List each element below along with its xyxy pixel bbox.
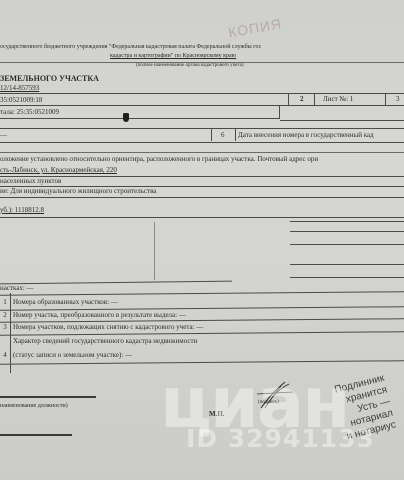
- ink-mark: [123, 113, 129, 122]
- table-row-text: (статус записи о земельном участке): —: [13, 351, 132, 359]
- cadastral-number: 35:0521009:18: [0, 96, 42, 104]
- divider: [0, 105, 404, 106]
- land-category: населенных пунктов: [0, 177, 61, 185]
- cian-watermark-id: ID 32941133: [186, 424, 375, 453]
- row6-num: 6: [221, 131, 225, 139]
- divider: [279, 105, 280, 119]
- copy-stamp: КОПИЯ: [227, 15, 283, 40]
- signature-line: [0, 396, 96, 398]
- divider: [0, 93, 404, 94]
- position-caption: наименование должности): [0, 403, 68, 409]
- issuer-caption: (полное наименование органа кадастрового…: [136, 63, 244, 68]
- table-row-num: 3: [0, 323, 10, 331]
- divider: [290, 244, 404, 245]
- divider: [0, 217, 404, 218]
- divider: [235, 128, 236, 141]
- section-title: ЗЕМЕЛЬНОГО УЧАСТКА: [0, 74, 99, 83]
- extract-number: 12/14-857593: [0, 84, 39, 92]
- divider: [0, 197, 404, 198]
- table-row-text: Номер участка, преобразованного в резуль…: [13, 311, 186, 319]
- divider: [288, 93, 289, 105]
- row6-label: Дата внесения номера в государственный к…: [238, 131, 374, 139]
- table-row-text: Номера участков, подлежащих снятию с кад…: [13, 323, 203, 331]
- divider: [0, 142, 404, 143]
- divider: [280, 120, 404, 121]
- divider: [290, 221, 404, 222]
- divider: [0, 128, 404, 129]
- table-row-text: Номера образованных участков: —: [13, 298, 118, 306]
- address-line-1: оложение установлено относительно ориент…: [0, 155, 318, 163]
- cadastral-quarter: тала: 25:35:0521009: [0, 108, 59, 116]
- sheet-number: Лист №: 1: [323, 95, 353, 103]
- divider: [0, 118, 280, 119]
- divider: [0, 152, 404, 153]
- divider: [0, 291, 404, 296]
- divider: [154, 222, 155, 280]
- divider: [290, 264, 404, 265]
- signature-line: [0, 434, 72, 436]
- divider: [385, 93, 386, 105]
- divider: [10, 293, 11, 373]
- cadastral-value: уб.): 1118812.8: [0, 206, 44, 214]
- divider: [290, 231, 404, 232]
- sheet-total: 3: [396, 95, 400, 103]
- sheet-box-num: 2: [300, 95, 304, 103]
- divider: [314, 93, 315, 105]
- permitted-use: ие: Для индивидуального жилищного строит…: [0, 187, 156, 195]
- table-row-num: 4: [0, 351, 10, 359]
- divider: [211, 128, 212, 141]
- divider: [0, 281, 232, 285]
- divider: [0, 331, 404, 336]
- table-row-num: 2: [0, 311, 10, 319]
- issuer-line-2: кадастра и картографии" по Красноярскому…: [110, 53, 236, 59]
- issuer-line-1: осударственного бюджетного учреждения "Ф…: [0, 44, 261, 50]
- table-row-num: 1: [0, 298, 10, 306]
- document-photo: КОПИЯ осударственного бюджетного учрежде…: [0, 0, 404, 480]
- divider: [290, 277, 404, 278]
- table-row-text: Характер сведений государственного кадас…: [13, 337, 197, 345]
- parts-label: настках: —: [0, 284, 34, 292]
- row6-left-value: —: [0, 131, 7, 139]
- address-line-2: сть-Лабинск, ул. Красноармейская, 220: [0, 166, 117, 174]
